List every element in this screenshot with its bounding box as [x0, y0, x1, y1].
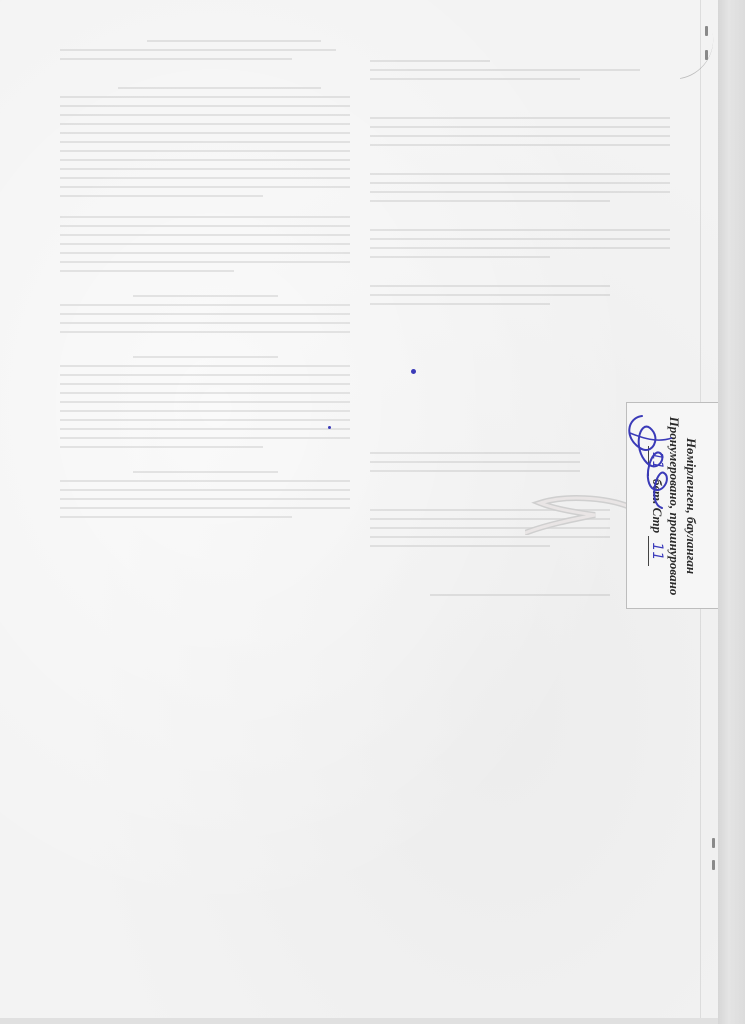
bleed-through-text-left — [60, 40, 350, 525]
staple-mark — [712, 860, 715, 870]
staple-mark — [705, 50, 708, 60]
document-page: Нөмірленген, бауланған Пронумеровано, пр… — [0, 0, 718, 1018]
staple-mark — [712, 838, 715, 848]
ink-dot — [328, 426, 331, 429]
scanner-bottom-edge — [0, 1018, 718, 1024]
scanner-edge — [718, 0, 745, 1024]
stamp-line-kazakh: Нөмірленген, бауланған — [683, 406, 700, 606]
ink-dot — [411, 369, 416, 374]
binding-string-icon — [525, 495, 635, 535]
staple-mark — [705, 26, 708, 36]
signature-icon — [622, 408, 682, 518]
paper-crease — [670, 17, 719, 79]
page-count-handwritten-2: 11 — [648, 536, 665, 566]
